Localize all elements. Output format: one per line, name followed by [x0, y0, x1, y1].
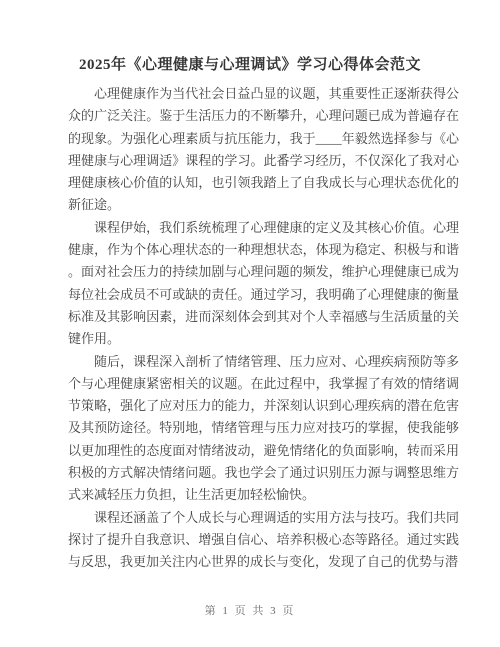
text-line: 理健康核心价值的认知，也引领我踏上了自我成长与心理状态优化的: [68, 172, 459, 194]
paragraph: 课程伊始，我们系统梳理了心理健康的定义及其核心价值。心理健康，作为个体心理状态的…: [68, 217, 459, 351]
text-line: 随后，课程深入剖析了情绪管理、压力应对、心理疾病预防等多: [68, 351, 459, 373]
text-line: 众的广泛关注。鉴于生活压力的不断攀升，心理问题已成为普遍存在: [68, 105, 459, 127]
text-line: 键作用。: [68, 328, 459, 350]
paragraph: 心理健康作为当代社会日益凸显的议题，其重要性正逐渐获得公众的广泛关注。鉴于生活压…: [68, 83, 459, 217]
page-number-label: 第 1 页 共 3 页: [205, 605, 296, 617]
text-line: 每位社会成员不可或缺的责任。通过学习，我明确了心理健康的衡量: [68, 284, 459, 306]
text-line: 健康，作为个体心理状态的一种理想状态，体现为稳定、积极与和谐: [68, 239, 459, 261]
text-line: 课程还涵盖了个人成长与心理调适的实用方法与技巧。我们共同: [68, 507, 459, 529]
text-line: 积极的方式解决情绪问题。我也学会了通过识别压力源与调整思维方: [68, 462, 459, 484]
text-line: 节策略，强化了应对压力的能力，并深刻认识到心理疾病的潜在危害: [68, 395, 459, 417]
page-footer: 第 1 页 共 3 页: [0, 602, 500, 618]
document-title: 2025年《心理健康与心理调试》学习心得体会范文: [0, 53, 500, 74]
text-line: 理健康与心理调适》课程的学习。此番学习经历，不仅深化了我对心: [68, 150, 459, 172]
text-line: 探讨了提升自我意识、增强自信心、培养积极心态等路径。通过实践: [68, 529, 459, 551]
text-line: 以更加理性的态度面对情绪波动，避免情绪化的负面影响，转而采用: [68, 440, 459, 462]
text-line: 新征途。: [68, 194, 459, 216]
text-line: 个与心理健康紧密相关的议题。在此过程中，我掌握了有效的情绪调: [68, 373, 459, 395]
text-line: 及其预防途径。特别地，情绪管理与压力应对技巧的掌握，使我能够: [68, 417, 459, 439]
text-line: 标准及其影响因素，进而深刻体会到其对个人幸福感与生活质量的关: [68, 306, 459, 328]
text-line: 与反思，我更加关注内心世界的成长与变化，发现了自己的优势与潜: [68, 551, 459, 573]
paragraph: 随后，课程深入剖析了情绪管理、压力应对、心理疾病预防等多个与心理健康紧密相关的议…: [68, 351, 459, 507]
paragraph: 课程还涵盖了个人成长与心理调适的实用方法与技巧。我们共同探讨了提升自我意识、增强…: [68, 507, 459, 574]
text-line: 心理健康作为当代社会日益凸显的议题，其重要性正逐渐获得公: [68, 83, 459, 105]
text-line: 。面对社会压力的持续加剧与心理问题的频发，维护心理健康已成为: [68, 261, 459, 283]
document-body: 心理健康作为当代社会日益凸显的议题，其重要性正逐渐获得公众的广泛关注。鉴于生活压…: [68, 83, 459, 574]
text-line: 式来减轻压力负担，让生活更加轻松愉快。: [68, 484, 459, 506]
text-line: 的现象。为强化心理素质与抗压能力，我于____年毅然选择参与《心: [68, 128, 459, 150]
document-page: 2025年《心理健康与心理调试》学习心得体会范文 心理健康作为当代社会日益凸显的…: [0, 0, 500, 647]
text-line: 课程伊始，我们系统梳理了心理健康的定义及其核心价值。心理: [68, 217, 459, 239]
